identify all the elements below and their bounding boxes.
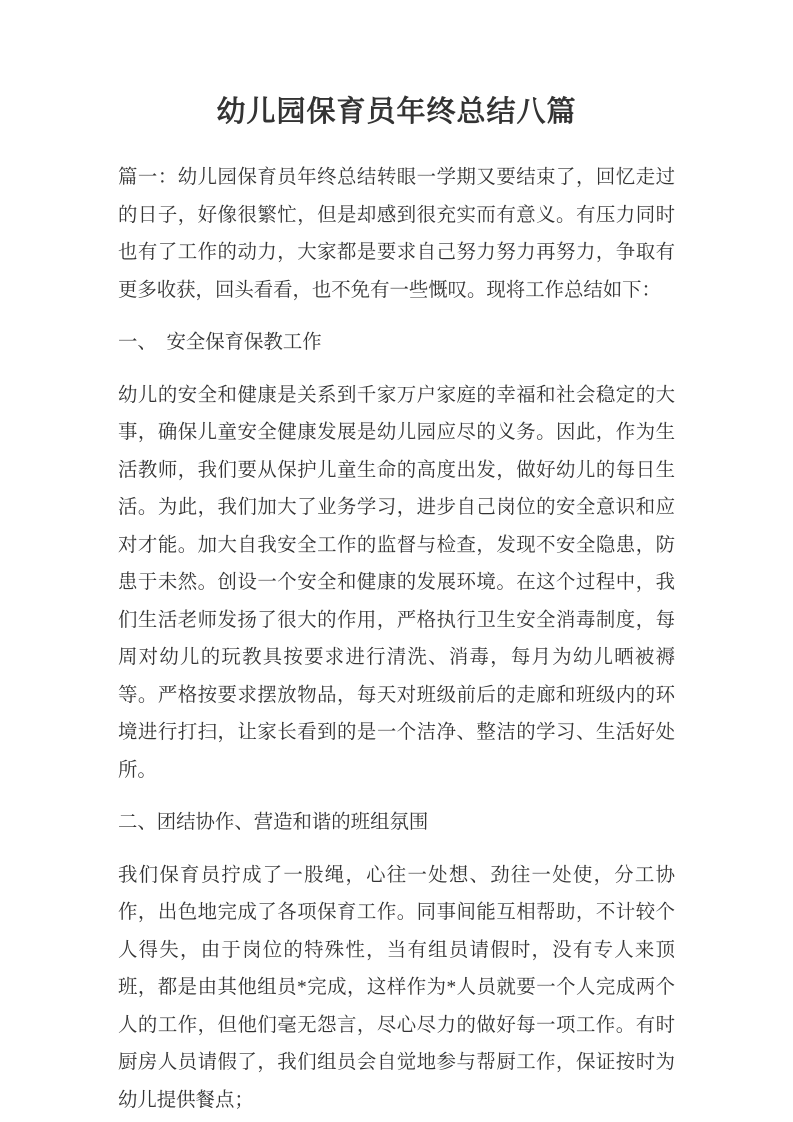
section-heading-2: 二、团结协作、营造和谐的班组氛围 [118,804,675,842]
paragraph-intro: 篇一：幼儿园保育员年终总结转眼一学期又要结束了，回忆走过的日子，好像很繁忙，但是… [118,159,675,309]
section-heading-1: 一、 安全保育保教工作 [118,324,675,362]
document-page: 幼儿园保育员年终总结八篇 篇一：幼儿园保育员年终总结转眼一学期又要结束了，回忆走… [0,0,793,1122]
document-title: 幼儿园保育员年终总结八篇 [118,90,675,134]
paragraph-section-1: 幼儿的安全和健康是关系到千家万户家庭的幸福和社会稳定的大事，确保儿童安全健康发展… [118,377,675,790]
paragraph-section-2: 我们保育员拧成了一股绳，心往一处想、劲往一处使，分工协作，出色地完成了各项保育工… [118,857,675,1120]
